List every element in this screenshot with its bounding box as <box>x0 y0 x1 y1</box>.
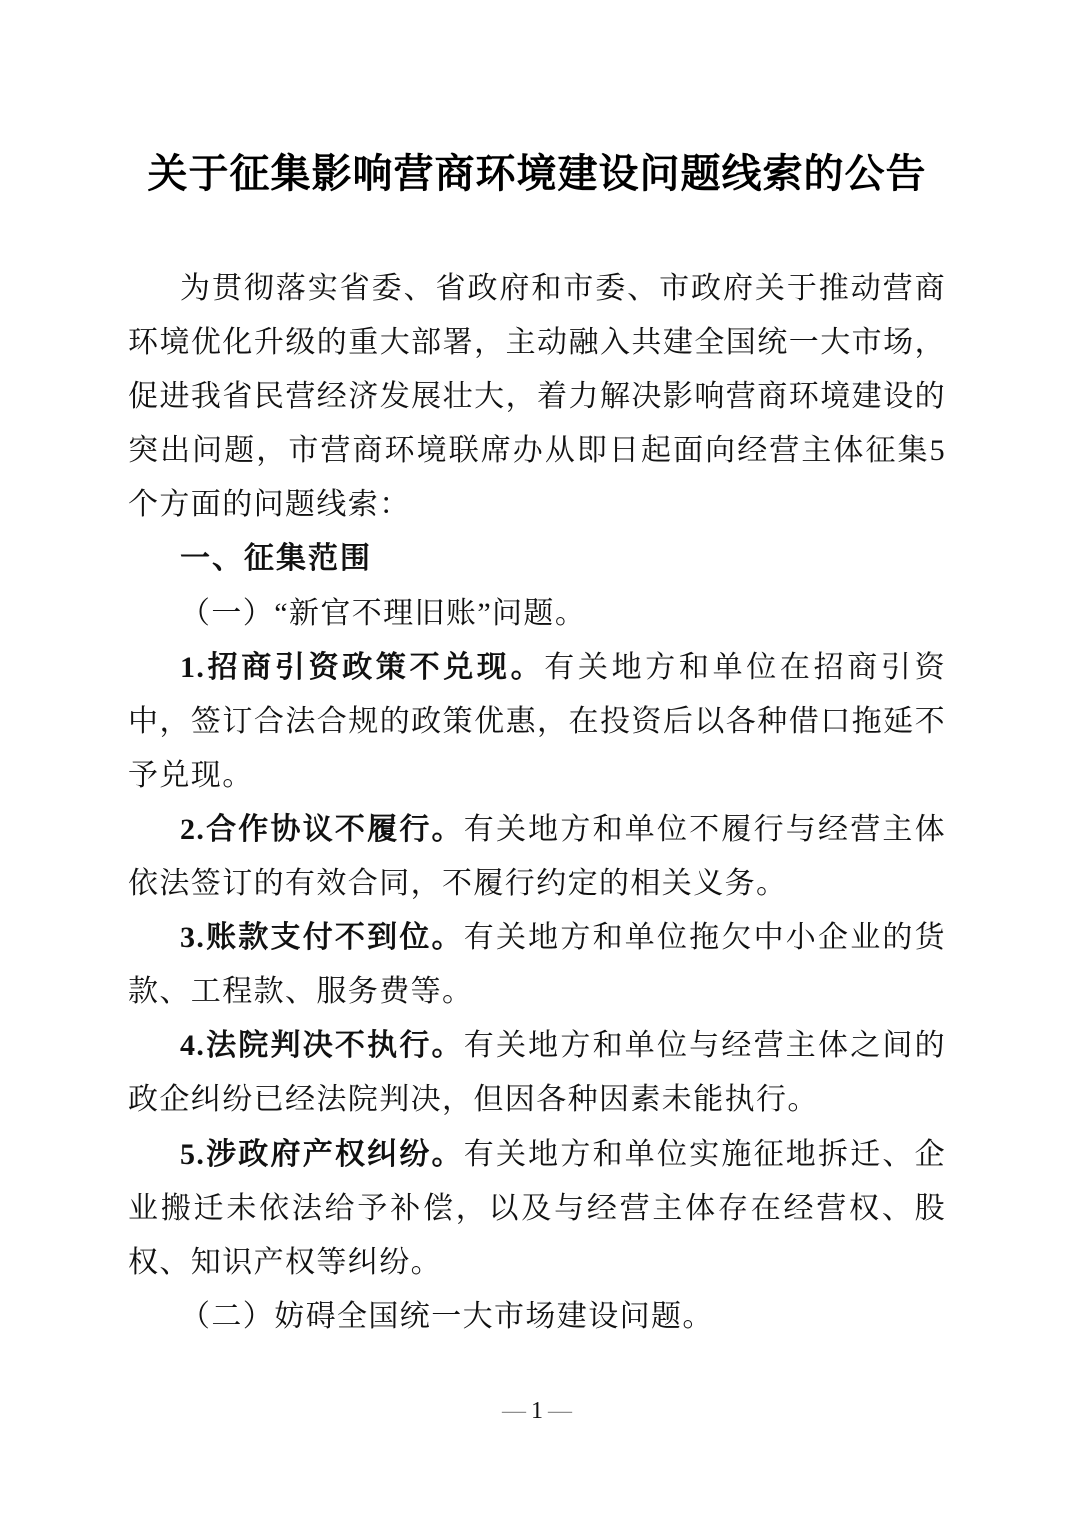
document-title: 关于征集影响营商环境建设问题线索的公告 <box>128 142 946 199</box>
clue-item-1-lead: 1.招商引资政策不兑现。 <box>180 651 544 684</box>
intro-paragraph: 为贯彻落实省委、省政府和市委、市政府关于推动营商环境优化升级的重大部署，主动融入… <box>128 262 946 532</box>
clue-item-5: 5.涉政府产权纠纷。有关地方和单位实施征地拆迁、企业搬迁未依法给予补偿，以及与经… <box>128 1128 946 1290</box>
document-body: 为贯彻落实省委、省政府和市委、市政府关于推动营商环境优化升级的重大部署，主动融入… <box>128 262 946 1344</box>
section-1-heading: 一、征集范围 <box>128 532 946 586</box>
page-number: 1 <box>531 1398 543 1424</box>
document-page: 关于征集影响营商环境建设问题线索的公告 为贯彻落实省委、省政府和市委、市政府关于… <box>0 0 1074 1520</box>
clue-item-5-lead: 5.涉政府产权纠纷。 <box>180 1138 464 1171</box>
footer-dash-left: — <box>497 1398 531 1424</box>
clue-item-3-lead: 3.账款支付不到位。 <box>180 921 464 954</box>
subsection-1-title: （一）“新官不理旧账”问题。 <box>128 587 946 641</box>
clue-item-2: 2.合作协议不履行。有关地方和单位不履行与经营主体依法签订的有效合同，不履行约定… <box>128 803 946 911</box>
page-footer: —1— <box>0 1398 1074 1425</box>
subsection-2-title: （二）妨碍全国统一大市场建设问题。 <box>128 1290 946 1344</box>
footer-dash-right: — <box>543 1398 577 1424</box>
clue-item-2-lead: 2.合作协议不履行。 <box>180 813 464 846</box>
clue-item-4: 4.法院判决不执行。有关地方和单位与经营主体之间的政企纠纷已经法院判决，但因各种… <box>128 1019 946 1127</box>
clue-item-1: 1.招商引资政策不兑现。有关地方和单位在招商引资中，签订合法合规的政策优惠，在投… <box>128 641 946 803</box>
clue-item-3: 3.账款支付不到位。有关地方和单位拖欠中小企业的货款、工程款、服务费等。 <box>128 911 946 1019</box>
clue-item-4-lead: 4.法院判决不执行。 <box>180 1029 464 1062</box>
